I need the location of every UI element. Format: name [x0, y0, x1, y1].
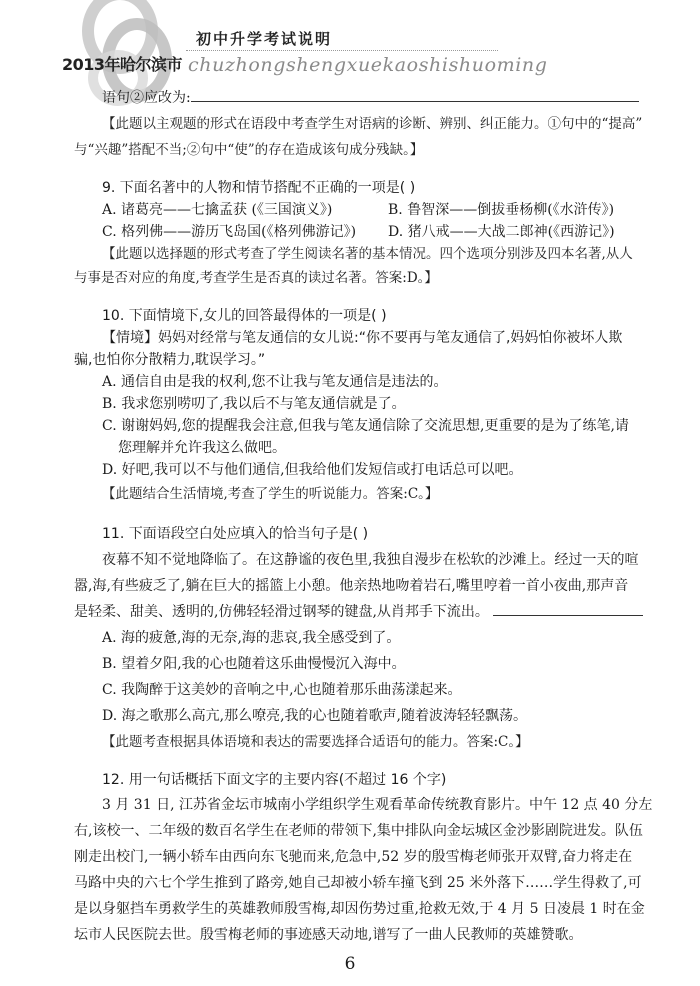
answer-blank[interactable]: [493, 603, 643, 616]
q12-passage-line4: 马路中央的六七个学生推到了路旁,她自己却被小轿车撞飞到 25 米外落下……学生得…: [74, 873, 642, 893]
q11-passage-line2: 嚣,海,有些疲乏了,躺在巨大的摇篮上小憩。他亲热地吻着岩石,嘴里哼着一首小夜曲,…: [74, 576, 628, 596]
q9-note-line1: 【此题以选择题的形式考查了学生阅读名著的基本情况。四个选项分别涉及四本名著,从人: [102, 244, 633, 264]
answer-blank[interactable]: [191, 89, 639, 102]
q11-passage-line1: 夜幕不知不觉地降临了。在这静谧的夜色里,我独自漫步在松软的沙滩上。经过一天的喧: [102, 550, 638, 570]
q10-note: 【此题结合生活情境,考查了学生的听说能力。答案:C。】: [102, 484, 438, 504]
q11-option-b: B. 望着夕阳,我的心也随着这乐曲慢慢沉入海中。: [102, 654, 406, 674]
q11-passage-line3: 是轻柔、甜美、透明的,仿佛轻轻滑过钢琴的键盘,从肖邦手下流出。: [74, 602, 643, 622]
q9-option-d: D. 猪八戒——大战二郎神(《西游记》): [388, 222, 615, 242]
q9-option-c: C. 格列佛——游历飞岛国(《格列佛游记》): [102, 222, 356, 242]
q8-answer-line: 语句②应改为:: [102, 88, 639, 108]
q10-option-c: C. 谢谢妈妈,您的提醒我会注意,但我与笔友通信除了交流思想,更重要的是为了练笔…: [102, 416, 629, 436]
q11-option-a: A. 海的疲惫,海的无奈,海的悲哀,我全感受到了。: [102, 628, 400, 648]
q10-option-b: B. 我求您别唠叨了,我以后不与笔友通信就是了。: [102, 394, 406, 414]
header-title: 初中升学考试说明: [196, 28, 332, 49]
q12-passage-line1: 3 月 31 日, 江苏省金坛市城南小学组织学生观看革命传统教育影片。中午 12…: [102, 795, 652, 815]
q10-option-a: A. 通信自由是我的权利,您不让我与笔友通信是违法的。: [102, 372, 447, 392]
q11-option-d: D. 海之歌那么高亢,那么嘹亮,我的心也随着歌声,随着波涛轻轻飘荡。: [102, 706, 527, 726]
q9-title: 9. 下面名著中的人物和情节搭配不正确的一项是( ): [102, 178, 415, 198]
q11-title: 11. 下面语段空白处应填入的恰当句子是( ): [102, 524, 368, 544]
q9-option-a: A. 诸葛亮——七擒孟获 (《三国演义》): [102, 200, 332, 220]
q10-option-c-cont: 您理解并允许我这么做吧。: [118, 438, 286, 458]
q8-note-line1: 【此题以主观题的形式在语段中考查学生对语病的诊断、辨别、纠正能力。①句中的“提高…: [102, 114, 642, 134]
q10-context-line2: 骗,也怕你分散精力,耽误学习。”: [74, 350, 265, 370]
q8-prompt: 语句②应改为:: [102, 90, 191, 106]
q10-option-d: D. 好吧,我可以不与他们通信,但我给他们发短信或打电话总可以吧。: [102, 460, 523, 480]
q12-passage-line2: 右,该校一、二年级的数百名学生在老师的带领下,集中排队向金坛城区金沙影剧院进发。…: [74, 821, 643, 841]
header-year-city: 2013年哈尔滨市: [62, 52, 182, 75]
q11-option-c: C. 我陶醉于这美妙的音响之中,心也随着那乐曲荡漾起来。: [102, 680, 462, 700]
header-pinyin: chuzhongshengxuekaoshishuoming: [188, 54, 548, 76]
page-number: 6: [0, 954, 700, 974]
q9-option-b: B. 鲁智深——倒拔垂杨柳(《水浒传》): [388, 200, 614, 220]
q12-passage-line6: 坛市人民医院去世。殷雪梅老师的事迹感天动地,谱写了一曲人民教师的英雄赞歌。: [74, 925, 582, 945]
q11-passage-text: 是轻柔、甜美、透明的,仿佛轻轻滑过钢琴的键盘,从肖邦手下流出。: [74, 604, 489, 620]
q11-note: 【此题考查根据具体语境和表达的需要选择合适语句的能力。答案:C。】: [102, 732, 529, 752]
q12-passage-line3: 刚走出校门,一辆小轿车由西向东飞驰而来,危急中,52 岁的殷雪梅老师张开双臂,奋…: [74, 847, 632, 867]
q10-title: 10. 下面情境下,女儿的回答最得体的一项是( ): [102, 306, 387, 326]
q10-context-line1: 【情境】妈妈对经常与笔友通信的女儿说:“你不要再与笔友通信了,妈妈怕你被坏人欺: [102, 328, 622, 348]
q9-note-line2: 与事是否对应的角度,考查学生是否真的读过名著。答案:D。】: [74, 268, 438, 288]
q8-note-line2: 与“兴趣”搭配不当;②句中“使”的存在造成该句成分残缺。】: [74, 140, 423, 160]
q12-passage-line5: 是以身躯挡车勇救学生的英雄教师殷雪梅,却因伤势过重,抢救无效,于 4 月 5 日…: [74, 899, 645, 919]
q12-title: 12. 用一句话概括下面文字的主要内容(不超过 16 个字): [102, 770, 446, 790]
header-divider: [186, 50, 498, 51]
